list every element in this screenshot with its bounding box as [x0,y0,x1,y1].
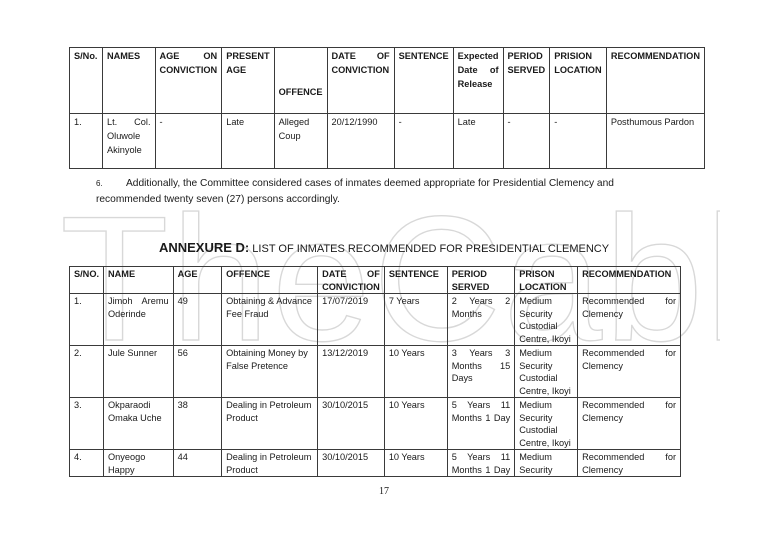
paragraph-line-2: recommended twenty seven (27) persons ac… [96,192,340,208]
col-sentence: SENTENCE [384,267,447,294]
cell-date-of-conviction: 20/12/1990 [327,114,394,169]
table-row: 2. Jule Sunner 56 Obtaining Money by Fal… [70,346,681,398]
cell-date-of-conviction: 17/07/2019 [318,294,385,346]
col-offence: OFFENCE [222,267,318,294]
cell-sno: 1. [70,294,104,346]
cell-period-served: - [503,114,550,169]
cell-recommendation: Recommended for Clemency [578,398,681,450]
cell-offence: Dealing in Petroleum Product [222,450,318,477]
col-name: NAME [104,267,174,294]
annexure-label: ANNEXURE D: [159,240,249,255]
cell-age: 44 [173,450,222,477]
col-date-of-conviction: DATE OF CONVICTION [318,267,385,294]
cell-prison-location: Medium Security [515,450,578,477]
cell-prison-location: Medium Security Custodial Centre, Ikoyi [515,346,578,398]
cell-age: 56 [173,346,222,398]
cell-prison-location: - [550,114,607,169]
paragraph-line-1: Additionally, the Committee considered c… [126,178,614,189]
col-sno: S/No. [70,48,103,114]
cell-date-of-conviction: 30/10/2015 [318,450,385,477]
cell-sno: 1. [70,114,103,169]
cell-name: Onyeogo Happy [104,450,174,477]
annexure-subtitle: LIST OF INMATES RECOMMENDED FOR PRESIDEN… [249,243,609,255]
cell-age: 49 [173,294,222,346]
col-prison-location: PRISON LOCATION [515,267,578,294]
cell-offence: Dealing in Petroleum Product [222,398,318,450]
cell-offence: Obtaining & Advance Fee Fraud [222,294,318,346]
cell-name: Jule Sunner [104,346,174,398]
page-number: 17 [0,486,768,497]
col-period-served: PERIOD SERVED [447,267,515,294]
cell-sentence: 10 Years [384,450,447,477]
col-present-age: PRESENT AGE [222,48,274,114]
cell-sno: 4. [70,450,104,477]
clemency-table-posthumous: S/No. NAMES AGE ON CONVICTION PRESENT AG… [69,47,705,169]
cell-recommendation: Recommended for Clemency [578,450,681,477]
col-recommendation: RECOMMENDATION [578,267,681,294]
col-sentence: SENTENCE [394,48,453,114]
table-row: 3. Okparaodi Omaka Uche 38 Dealing in Pe… [70,398,681,450]
cell-present-age: Late [222,114,274,169]
cell-name: Okparaodi Omaka Uche [104,398,174,450]
col-offence: OFFENCE [274,48,327,114]
cell-sentence: 7 Years [384,294,447,346]
cell-recommendation: Recommended for Clemency [578,346,681,398]
annexure-title: ANNEXURE D: LIST OF INMATES RECOMMENDED … [0,240,768,255]
cell-name: Lt. Col. Oluwole Akinyole [103,114,156,169]
cell-period-served: 2 Years 2 Months [447,294,515,346]
col-names: NAMES [103,48,156,114]
cell-age-on-conviction: - [155,114,222,169]
cell-expected-release: Late [453,114,503,169]
col-sno: S/NO. [70,267,104,294]
cell-prison-location: Medium Security Custodial Centre, Ikoyi [515,294,578,346]
cell-sno: 2. [70,346,104,398]
table-row: 4. Onyeogo Happy 44 Dealing in Petroleum… [70,450,681,477]
cell-date-of-conviction: 13/12/2019 [318,346,385,398]
cell-sentence: 10 Years [384,346,447,398]
cell-prison-location: Medium Security Custodial Centre, Ikoyi [515,398,578,450]
col-age: AGE [173,267,222,294]
cell-period-served: 5 Years 11 Months 1 Day [447,398,515,450]
cell-sentence: - [394,114,453,169]
col-date-of-conviction: DATE OF CONVICTION [327,48,394,114]
paragraph-number: 6. [96,176,126,192]
table-row: 1. Jimoh Aremu Oderinde 49 Obtaining & A… [70,294,681,346]
col-expected-release: Expected Date of Release [453,48,503,114]
col-recommendation: RECOMMENDATION [606,48,704,114]
cell-offence: Alleged Coup [274,114,327,169]
cell-recommendation: Recommended for Clemency [578,294,681,346]
cell-period-served: 3 Years 3 Months 15 Days [447,346,515,398]
table-header-row: S/NO. NAME AGE OFFENCE DATE OF CONVICTIO… [70,267,681,294]
col-period-served: PERIOD SERVED [503,48,550,114]
cell-offence: Obtaining Money by False Pretence [222,346,318,398]
col-prision-location: PRISION LOCATION [550,48,607,114]
cell-date-of-conviction: 30/10/2015 [318,398,385,450]
col-age-on-conviction: AGE ON CONVICTION [155,48,222,114]
clemency-table-annexure-d: S/NO. NAME AGE OFFENCE DATE OF CONVICTIO… [69,266,681,477]
cell-sno: 3. [70,398,104,450]
cell-sentence: 10 Years [384,398,447,450]
paragraph-6: 6.Additionally, the Committee considered… [96,176,706,192]
cell-age: 38 [173,398,222,450]
cell-recommendation: Posthumous Pardon [606,114,704,169]
table-row: 1. Lt. Col. Oluwole Akinyole - Late Alle… [70,114,705,169]
cell-period-served: 5 Years 11 Months 1 Day [447,450,515,477]
cell-name: Jimoh Aremu Oderinde [104,294,174,346]
table-header-row: S/No. NAMES AGE ON CONVICTION PRESENT AG… [70,48,705,114]
